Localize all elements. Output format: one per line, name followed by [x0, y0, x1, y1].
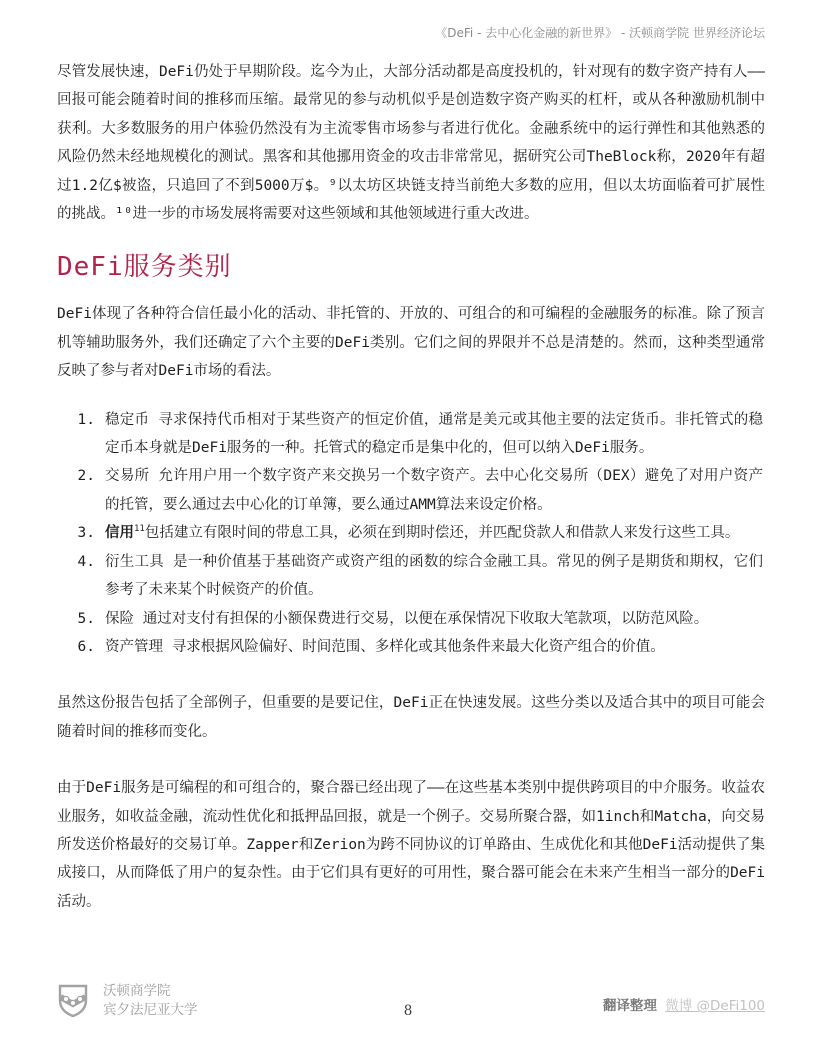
paragraph-report-note: 虽然这份报告包括了全部例子，但重要的是要记住，DeFi正在快速发展。这些分类以及…	[57, 689, 765, 746]
translation-credit-label: 翻译整理	[603, 998, 657, 1014]
list-item-insurance: 5. 保险 通过对支付有担保的小额保费进行交易，以便在承保情况下收取大笔款项，以…	[57, 605, 765, 633]
category-description: 包括建立有限时间的带息工具，必须在到期时偿还，并匹配贷款人和借款人来发行这些工具…	[145, 525, 740, 541]
defi-category-list: 1. 稳定币 寻求保持代币相对于某些资产的恒定价值，通常是美元或其他主要的法定货…	[57, 406, 765, 662]
list-item-text: 信用11包括建立有限时间的带息工具，必须在到期时偿还，并匹配贷款人和借款人来发行…	[105, 519, 765, 547]
list-item-text: 资产管理 寻求根据风险偏好、时间范围、多样化或其他条件来最大化资产组合的价值。	[105, 633, 765, 661]
category-term: 信用	[105, 525, 134, 541]
paragraph-defi-early-stage: 尽管发展快速，DeFi仍处于早期阶段。迄今为止，大部分活动都是高度投机的，针对现…	[57, 58, 765, 228]
category-description: 寻求根据风险偏好、时间范围、多样化或其他条件来最大化资产组合的价值。	[163, 639, 665, 655]
list-number: 2.	[57, 462, 105, 490]
footer-org-line1: 沃顿商学院	[103, 982, 198, 1001]
list-item-text: 交易所 允许用户用一个数字资产来交换另一个数字资产。去中心化交易所（DEX）避免…	[105, 462, 765, 519]
footnote-marker: 11	[134, 524, 145, 534]
list-item-text: 保险 通过对支付有担保的小额保费进行交易，以便在承保情况下收取大笔款项，以防范风…	[105, 605, 765, 633]
section-title-defi-categories: DeFi服务类别	[57, 250, 765, 284]
category-term: 稳定币	[105, 412, 149, 428]
category-term: 保险	[105, 611, 134, 627]
list-item-credit: 3. 信用11包括建立有限时间的带息工具，必须在到期时偿还，并匹配贷款人和借款人…	[57, 519, 765, 547]
list-number: 6.	[57, 633, 105, 661]
paragraph-aggregators: 由于DeFi服务是可编程的和可组合的，聚合器已经出现了——在这些基本类别中提供跨…	[57, 774, 765, 916]
category-description: 寻求保持代币相对于某些资产的恒定价值，通常是美元或其他主要的法定货币。非托管式的…	[105, 412, 763, 456]
category-term: 衍生工具	[105, 554, 164, 570]
document-header-title: 《DeFi - 去中心化金融的新世界》 - 沃顿商学院 世界经济论坛	[435, 24, 765, 41]
list-item-text: 衍生工具 是一种价值基于基础资产或资产组的函数的综合金融工具。常见的例子是期货和…	[105, 548, 765, 605]
category-term: 交易所	[105, 468, 149, 484]
category-description: 是一种价值基于基础资产或资产组的函数的综合金融工具。常见的例子是期货和期权，它们…	[105, 554, 763, 598]
list-number: 5.	[57, 605, 105, 633]
list-number: 1.	[57, 406, 105, 434]
list-number: 4.	[57, 548, 105, 576]
document-body: 尽管发展快速，DeFi仍处于早期阶段。迄今为止，大部分活动都是高度投机的，针对现…	[57, 58, 765, 916]
weibo-profile-link[interactable]: 微博 @DeFi100	[665, 998, 765, 1014]
category-term: 资产管理	[105, 639, 163, 655]
translation-credit: 翻译整理 微博 @DeFi100	[603, 994, 765, 1014]
category-description: 通过对支付有担保的小额保费进行交易，以便在承保情况下收取大笔款项，以防范风险。	[134, 611, 708, 627]
list-item-derivatives: 4. 衍生工具 是一种价值基于基础资产或资产组的函数的综合金融工具。常见的例子是…	[57, 548, 765, 605]
document-page: 《DeFi - 去中心化金融的新世界》 - 沃顿商学院 世界经济论坛 尽管发展快…	[0, 0, 816, 1056]
list-item-exchange: 2. 交易所 允许用户用一个数字资产来交换另一个数字资产。去中心化交易所（DEX…	[57, 462, 765, 519]
list-item-text: 稳定币 寻求保持代币相对于某些资产的恒定价值，通常是美元或其他主要的法定货币。非…	[105, 406, 765, 463]
document-footer: 沃顿商学院 宾夕法尼亚大学 8 翻译整理 微博 @DeFi100	[0, 976, 816, 1056]
category-description: 允许用户用一个数字资产来交换另一个数字资产。去中心化交易所（DEX）避免了对用户…	[105, 468, 763, 512]
paragraph-categories-intro: DeFi体现了各种符合信任最小化的活动、非托管的、开放的、可组合的和可编程的金融…	[57, 300, 765, 385]
list-item-asset-management: 6. 资产管理 寻求根据风险偏好、时间范围、多样化或其他条件来最大化资产组合的价…	[57, 633, 765, 661]
list-number: 3.	[57, 519, 105, 547]
list-item-stablecoin: 1. 稳定币 寻求保持代币相对于某些资产的恒定价值，通常是美元或其他主要的法定货…	[57, 406, 765, 463]
